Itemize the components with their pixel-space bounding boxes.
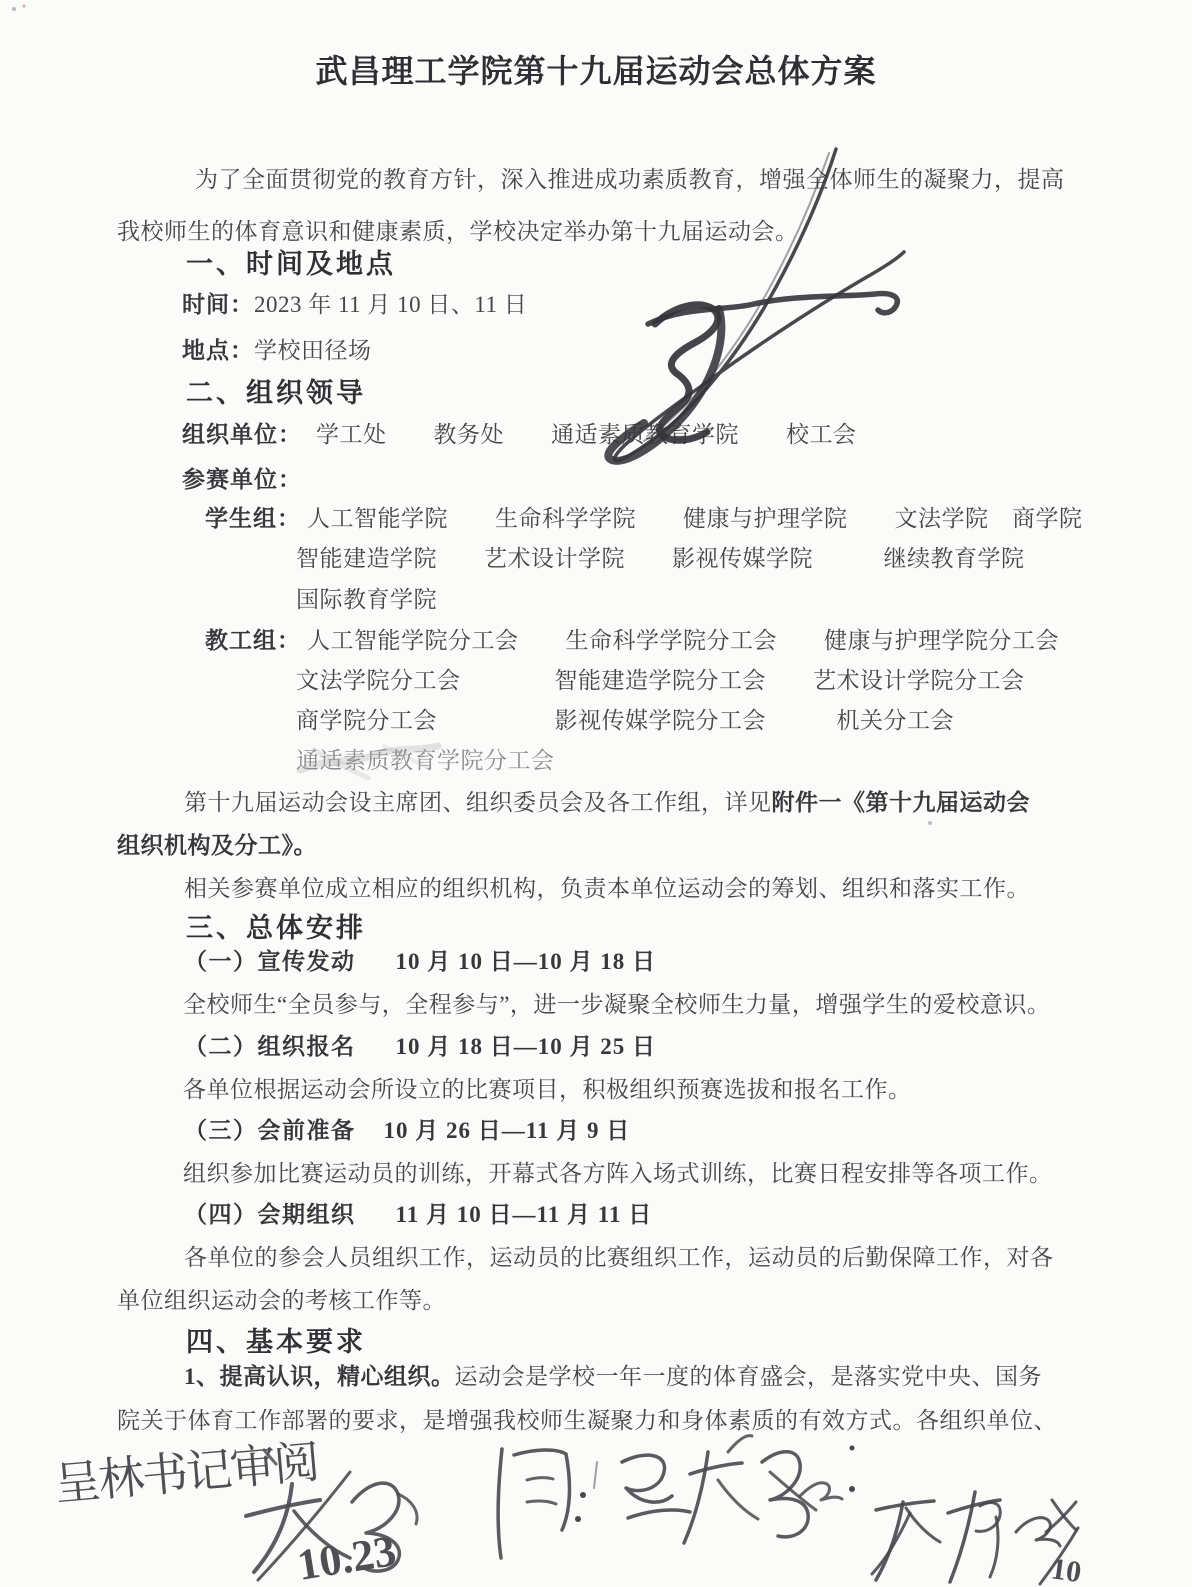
approval-stroke [527, 1501, 556, 1504]
review-date-text: 10.23 [294, 1526, 399, 1587]
committee-note-normal: 第十九届运动会设主席团、组织委员会及各工作组，详见 [184, 790, 772, 815]
approval-stroke [728, 1436, 752, 1452]
signature-stroke [648, 294, 897, 324]
phase3-dates: 10 月 26 日—11 月 9 日 [384, 1118, 631, 1143]
participants-line: 参赛单位： [182, 466, 302, 495]
phase2-label-line: （二）组织报名10 月 18 日—10 月 25 日 [184, 1033, 656, 1062]
phase2-label: （二）组织报名 [184, 1034, 356, 1059]
signature-stroke [1040, 1528, 1078, 1584]
student-group-line-2: 智能建造学院 艺术设计学院 影视传媒学院 继续教育学院 [296, 545, 1025, 574]
review-note-tick [264, 1450, 276, 1464]
requirement1-bold: 1、提高认识，精心组织。 [184, 1364, 455, 1389]
phase4-desc-line-1: 各单位的参会人员组织工作，运动员的比赛组织工作，运动员的后勤保障工作，对各 [184, 1244, 1054, 1273]
signature-stroke [872, 1513, 910, 1574]
organizer-value: 学工处 教务处 通适素质教育学院 校工会 [316, 422, 857, 447]
phase3-label: （三）会前准备 [184, 1118, 356, 1143]
signature-stroke [398, 1494, 417, 1524]
approval-stroke [800, 1483, 842, 1500]
organizer-label: 组织单位： [182, 422, 302, 448]
signature-stroke [1052, 1500, 1076, 1530]
phase1-label-line: （一）宣传发动10 月 10 日—10 月 18 日 [184, 948, 656, 977]
signature-stroke [246, 1500, 320, 1516]
staff-group-line-4: 通适素质教育学院分工会 [296, 747, 555, 776]
signature-stroke [950, 1492, 975, 1582]
approval-stroke [628, 1510, 690, 1518]
signature-stroke [990, 1517, 998, 1577]
page-title: 武昌理工学院第十九届运动会总体方案 [0, 46, 1192, 92]
approval-stroke [527, 1478, 553, 1480]
signature-stroke [1016, 1518, 1060, 1546]
participants-label: 参赛单位： [182, 467, 302, 493]
phase3-label-line: （三）会前准备10 月 26 日—11 月 9 日 [184, 1117, 630, 1146]
signature-stroke [1046, 1502, 1076, 1532]
section1-heading: 一、时间及地点 [186, 242, 396, 281]
signature-stroke [876, 1501, 934, 1510]
phase4-label: （四）会期组织 [184, 1202, 356, 1227]
phase2-desc: 各单位根据运动会所设立的比赛项目，积极组织预赛选拔和报名工作。 [183, 1076, 912, 1105]
approval-stroke [684, 1452, 708, 1543]
signature-stroke [258, 1472, 350, 1580]
signature-stroke [906, 1508, 940, 1542]
ink-dot [850, 1446, 855, 1451]
requirement1-rest: 运动会是学校一年一度的体育盛会，是落实党中央、国务 [455, 1364, 1043, 1389]
student-group-line-3: 国际教育学院 [296, 586, 437, 615]
scan-speck [22, 4, 25, 7]
approval-stroke [690, 1463, 742, 1474]
time-label: 时间： [182, 292, 254, 318]
approval-stroke [594, 1462, 597, 1488]
approval-stroke [770, 1472, 816, 1510]
phase2-dates: 10 月 18 日—10 月 25 日 [396, 1034, 657, 1059]
staff-group-line-1: 教工组：人工智能学院分工会 生命科学学院分工会 健康与护理学院分工会 [205, 627, 1059, 656]
signature-stroke [615, 149, 904, 461]
signature-stroke [644, 153, 829, 441]
marker-signature [608, 149, 904, 461]
committee-note-line-1: 第十九届运动会设主席团、组织委员会及各工作组，详见附件一《第十九届运动会 [184, 789, 1030, 818]
document-page: 武昌理工学院第十九届运动会总体方案 为了全面贯彻党的教育方针，深入推进成功素质教… [0, 0, 1192, 1587]
signature-stroke [948, 1500, 1000, 1513]
signature-stroke [876, 1502, 903, 1580]
phase4-desc-line-2: 单位组织运动会的考核工作等。 [117, 1287, 446, 1316]
phase3-desc: 组织参加比赛运动员的训练，开幕式各方阵入场式训练，比赛日程安排等各项工作。 [183, 1160, 1053, 1189]
place-line: 地点：学校田径场 [182, 337, 372, 366]
approval-stroke [622, 1455, 672, 1502]
phase4-label-line: （四）会期组织11 月 10 日—11 月 11 日 [184, 1201, 652, 1230]
staff-group-label: 教工组： [205, 628, 301, 654]
requirement1-line-2: 院关于体育工作部署的要求，是增强我校师生凝聚力和身体素质的有效方式。各组织单位、 [117, 1407, 1057, 1436]
signature-stroke [655, 305, 718, 440]
org-note-line: 相关参赛单位成立相应的组织机构，负责本单位运动会的筹划、组织和落实工作。 [184, 875, 1030, 904]
staff-group-units-1: 人工智能学院分工会 生命科学学院分工会 健康与护理学院分工会 [307, 628, 1059, 653]
staff-group-line-3: 商学院分工会 影视传媒学院分工会 机关分工会 [296, 707, 954, 736]
intro-line-1: 为了全面贯彻党的教育方针，深入推进成功素质教育，增强全体师生的凝聚力，提高 [195, 166, 1065, 195]
student-group-label: 学生组： [205, 506, 301, 532]
student-group-line-1: 学生组：人工智能学院 生命科学学院 健康与护理学院 文法学院 商学院 [205, 505, 1083, 534]
signature-stroke [254, 1484, 292, 1572]
approval-colon-dot [580, 1492, 586, 1498]
student-group-units-1: 人工智能学院 生命科学学院 健康与护理学院 文法学院 商学院 [307, 506, 1083, 531]
committee-note-bold-1: 附件一《第十九届运动会 [772, 790, 1031, 815]
place-value: 学校田径场 [254, 338, 372, 363]
approval-stroke [498, 1449, 502, 1558]
organizer-line: 组织单位：学工处 教务处 通适素质教育学院 校工会 [182, 421, 857, 450]
approval-stroke [718, 1480, 758, 1519]
place-label: 地点： [182, 338, 254, 364]
phase1-label: （一）宣传发动 [184, 949, 356, 974]
committee-note-bold-2: 组织机构及分工》。 [117, 833, 317, 858]
approval-date-text: 10 [1049, 1552, 1083, 1587]
section2-heading: 二、组织领导 [186, 371, 366, 410]
approval-stroke [514, 1450, 569, 1530]
committee-note-line-2: 组织机构及分工》。 [117, 832, 317, 861]
phase4-dates: 11 月 10 日—11 月 11 日 [396, 1202, 653, 1227]
time-value: 2023 年 11 月 10 日、11 日 [254, 292, 527, 317]
signature-stroke [352, 1483, 399, 1571]
approver-signature: 10 [850, 1446, 1084, 1587]
approval-note-group: 同意 [486, 1436, 855, 1558]
approval-colon-dot [575, 1516, 581, 1522]
time-line: 时间：2023 年 11 月 10 日、11 日 [182, 291, 527, 320]
approval-period-dot [849, 1486, 855, 1492]
requirement1-line-1: 1、提高认识，精心组织。运动会是学校一年一度的体育盛会，是落实党中央、国务 [184, 1363, 1042, 1392]
signature-stroke [976, 1503, 1000, 1532]
staff-group-line-2: 文法学院分工会 智能建造学院分工会 艺术设计学院分工会 [296, 667, 1025, 696]
scan-speck [12, 7, 16, 11]
section4-heading: 四、基本要求 [186, 1320, 366, 1359]
approval-stroke [762, 1452, 808, 1537]
section3-heading: 三、总体安排 [186, 906, 366, 945]
scan-speck [928, 821, 932, 825]
scan-specks [12, 4, 932, 825]
review-note-text: 呈林书记审阅 [52, 1436, 319, 1510]
phase1-desc: 全校师生“全员参与，全程参与”，进一步凝聚全校师生力量，增强学生的爱校意识。 [183, 991, 1050, 1020]
phase1-dates: 10 月 10 日—10 月 18 日 [396, 949, 657, 974]
review-note-group: 呈林书记审阅 [52, 1436, 319, 1510]
reviewer-signature: 10.23 [246, 1472, 417, 1587]
signature-stroke [294, 1511, 350, 1558]
